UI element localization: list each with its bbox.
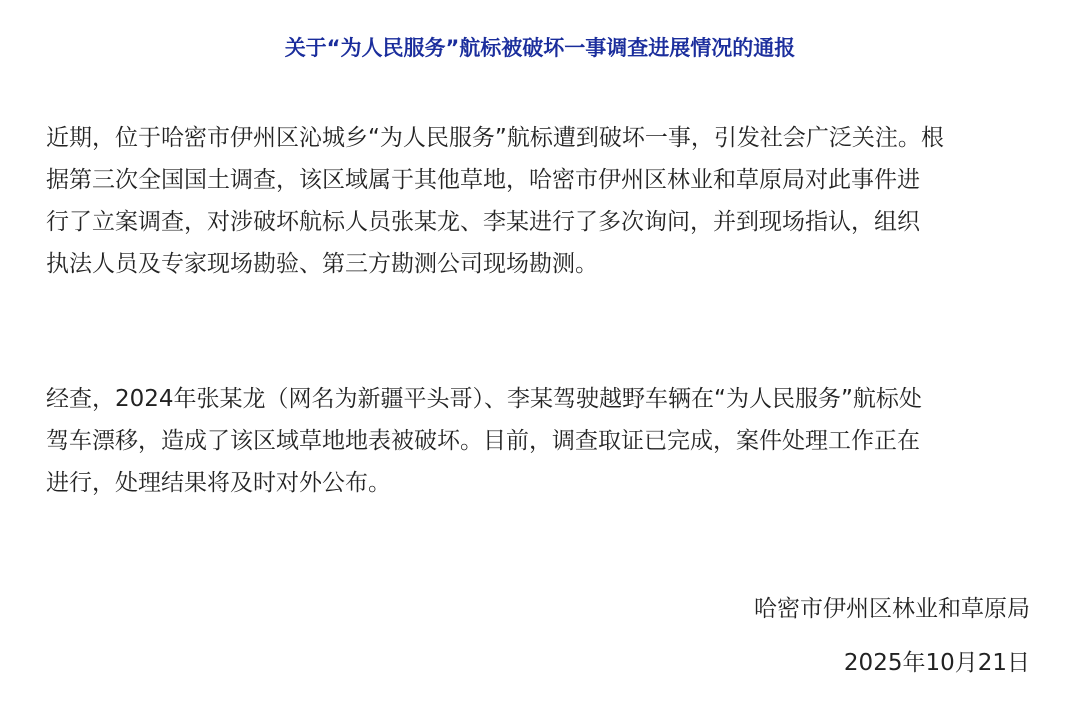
notice-title: 关于“为人民服务”航标被破坏一事调查进展情况的通报 [0,33,1080,63]
paragraph-line: 近期，位于哈密市伊州区沁城乡“为人民服务”航标遭到破坏一事，引发社会广泛关注。根 [46,117,1038,159]
paragraph-line: 经查，2024年张某龙（网名为新疆平头哥）、李某驾驶越野车辆在“为人民服务”航标… [46,378,1038,420]
paragraph-line: 驾车漂移，造成了该区域草地地表被破坏。目前，调查取证已完成，案件处理工作正在 [46,420,1038,462]
paragraph-line: 据第三次全国国土调查，该区域属于其他草地，哈密市伊州区林业和草原局对此事件进 [46,159,1038,201]
paragraph-1: 近期，位于哈密市伊州区沁城乡“为人民服务”航标遭到破坏一事，引发社会广泛关注。根… [46,117,1038,285]
paragraph-line: 执法人员及专家现场勘验、第三方勘测公司现场勘测。 [46,243,1038,285]
paragraph-line: 行了立案调查，对涉破坏航标人员张某龙、李某进行了多次询问，并到现场指认，组织 [46,201,1038,243]
paragraph-line: 进行，处理结果将及时对外公布。 [46,462,1038,504]
signature-date: 2025年10月21日 [844,648,1030,678]
signature-organization: 哈密市伊州区林业和草原局 [754,594,1030,624]
paragraph-2: 经查，2024年张某龙（网名为新疆平头哥）、李某驾驶越野车辆在“为人民服务”航标… [46,378,1038,504]
